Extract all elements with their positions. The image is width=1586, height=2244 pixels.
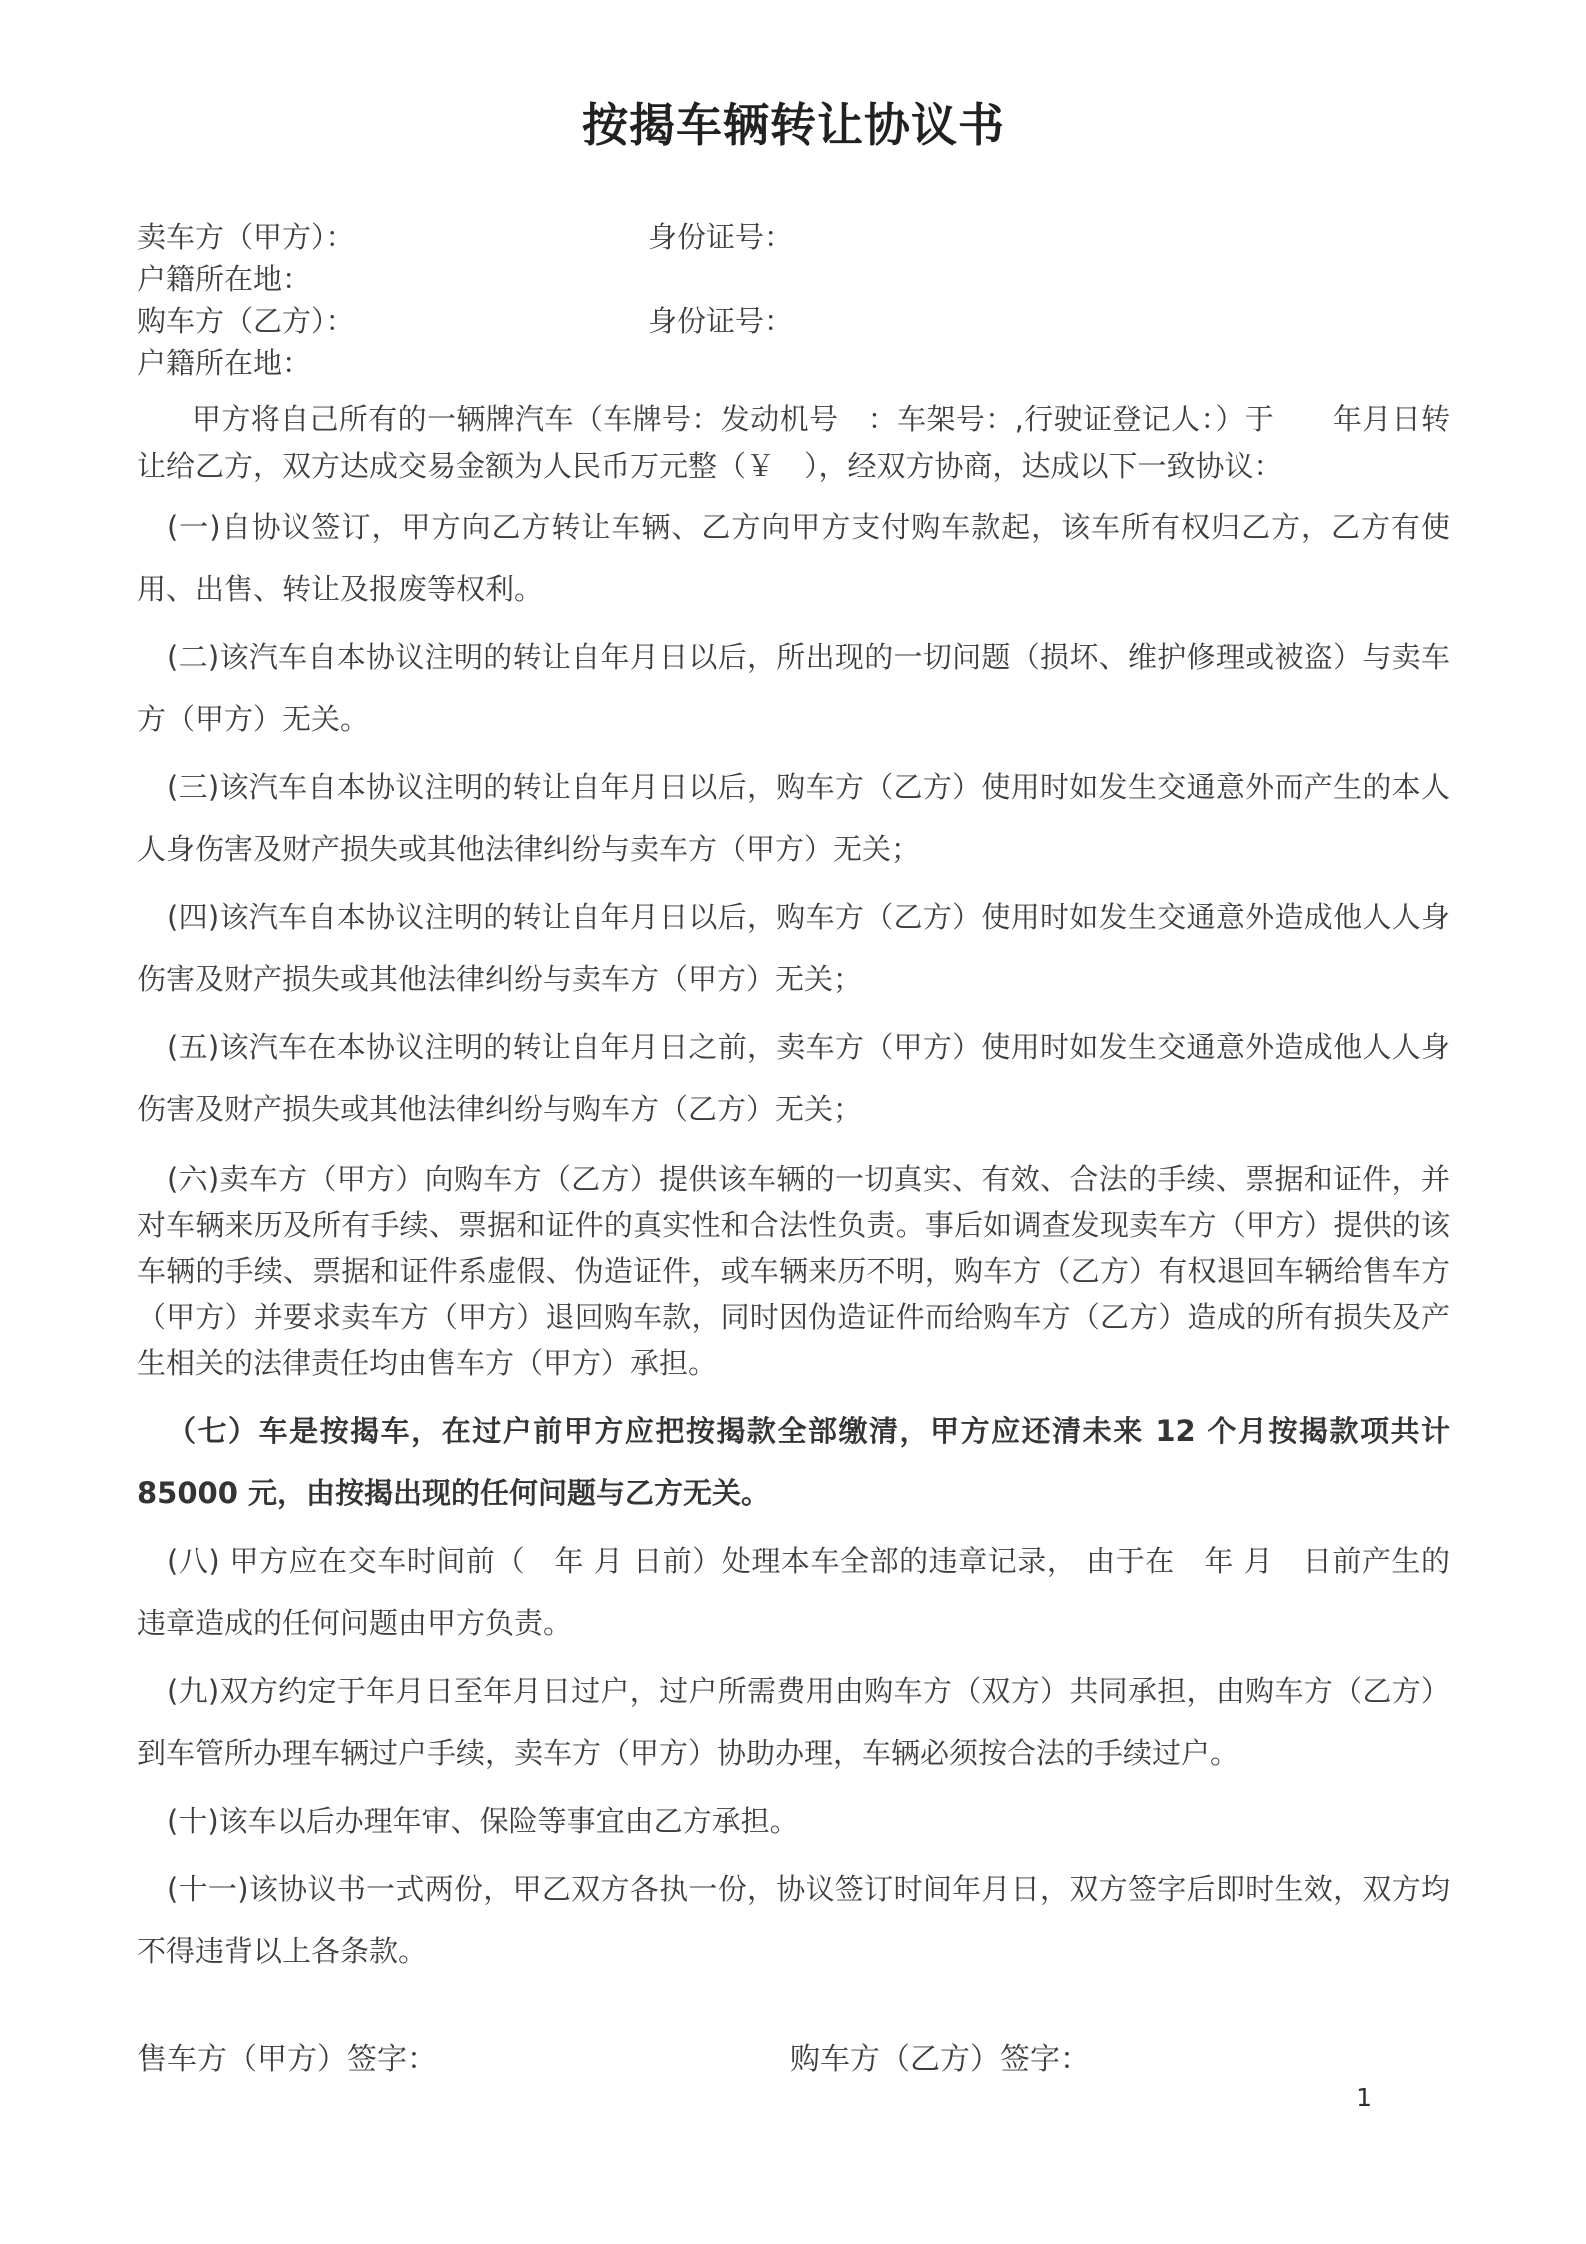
seller-row: 卖车方（甲方）： 身份证号： bbox=[137, 216, 1450, 258]
clause-7: （七）车是按揭车，在过户前甲方应把按揭款全部缴清，甲方应还清未来 12 个月按揭… bbox=[137, 1400, 1450, 1524]
party-info-block: 卖车方（甲方）： 身份证号： 户籍所在地： 购车方（乙方）： 身份证号： 户籍所… bbox=[137, 216, 1450, 384]
seller-signature-label: 售车方（甲方）签字： bbox=[137, 2042, 437, 2077]
seller-id-label: 身份证号： bbox=[648, 216, 793, 258]
page-number: 1 bbox=[1356, 2083, 1372, 2112]
buyer-row: 购车方（乙方）： 身份证号： bbox=[137, 300, 1450, 342]
buyer-id-label: 身份证号： bbox=[648, 300, 793, 342]
seller-label: 卖车方（甲方）： bbox=[137, 220, 355, 254]
buyer-signature-label: 购车方（乙方）签字： bbox=[790, 2038, 1090, 2082]
clause-6: (六)卖车方（甲方）向购车方（乙方）提供该车辆的一切真实、有效、合法的手续、票据… bbox=[137, 1156, 1450, 1386]
clause-4: (四)该汽车自本协议注明的转让自年月日以后，购车方（乙方）使用时如发生交通意外造… bbox=[137, 886, 1450, 1010]
clause-10: (十)该车以后办理年审、保险等事宜由乙方承担。 bbox=[137, 1790, 1450, 1852]
intro-paragraph: 甲方将自己所有的一辆牌汽车（车牌号：发动机号 ：车架号：,行驶证登记人：）于 年… bbox=[137, 396, 1450, 490]
clause-3: (三)该汽车自本协议注明的转让自年月日以后，购车方（乙方）使用时如发生交通意外而… bbox=[137, 756, 1450, 880]
buyer-label: 购车方（乙方）： bbox=[137, 304, 355, 338]
clause-8: (八) 甲方应在交车时间前（ 年 月 日前）处理本车全部的违章记录， 由于在 年… bbox=[137, 1530, 1450, 1654]
clause-11: (十一)该协议书一式两份，甲乙双方各执一份，协议签订时间年月日，双方签字后即时生… bbox=[137, 1858, 1450, 1982]
clause-9: (九)双方约定于年月日至年月日过户，过户所需费用由购车方（双方）共同承担，由购车… bbox=[137, 1660, 1450, 1784]
document-page: 按揭车辆转让协议书 卖车方（甲方）： 身份证号： 户籍所在地： 购车方（乙方）：… bbox=[0, 0, 1586, 2244]
buyer-residence-row: 户籍所在地： bbox=[137, 342, 1450, 384]
seller-residence-label: 户籍所在地： bbox=[137, 262, 311, 296]
clause-2: (二)该汽车自本协议注明的转让自年月日以后，所出现的一切问题（损坏、维护修理或被… bbox=[137, 626, 1450, 750]
clause-5: (五)该汽车在本协议注明的转让自年月日之前，卖车方（甲方）使用时如发生交通意外造… bbox=[137, 1016, 1450, 1140]
clause-1: (一)自协议签订，甲方向乙方转让车辆、乙方向甲方支付购车款起，该车所有权归乙方，… bbox=[137, 496, 1450, 620]
page-title: 按揭车辆转让协议书 bbox=[137, 96, 1450, 154]
clause-list: (一)自协议签订，甲方向乙方转让车辆、乙方向甲方支付购车款起，该车所有权归乙方，… bbox=[137, 496, 1450, 1982]
seller-residence-row: 户籍所在地： bbox=[137, 258, 1450, 300]
signature-row: 售车方（甲方）签字： 购车方（乙方）签字： bbox=[137, 2038, 1450, 2082]
buyer-residence-label: 户籍所在地： bbox=[137, 346, 311, 380]
